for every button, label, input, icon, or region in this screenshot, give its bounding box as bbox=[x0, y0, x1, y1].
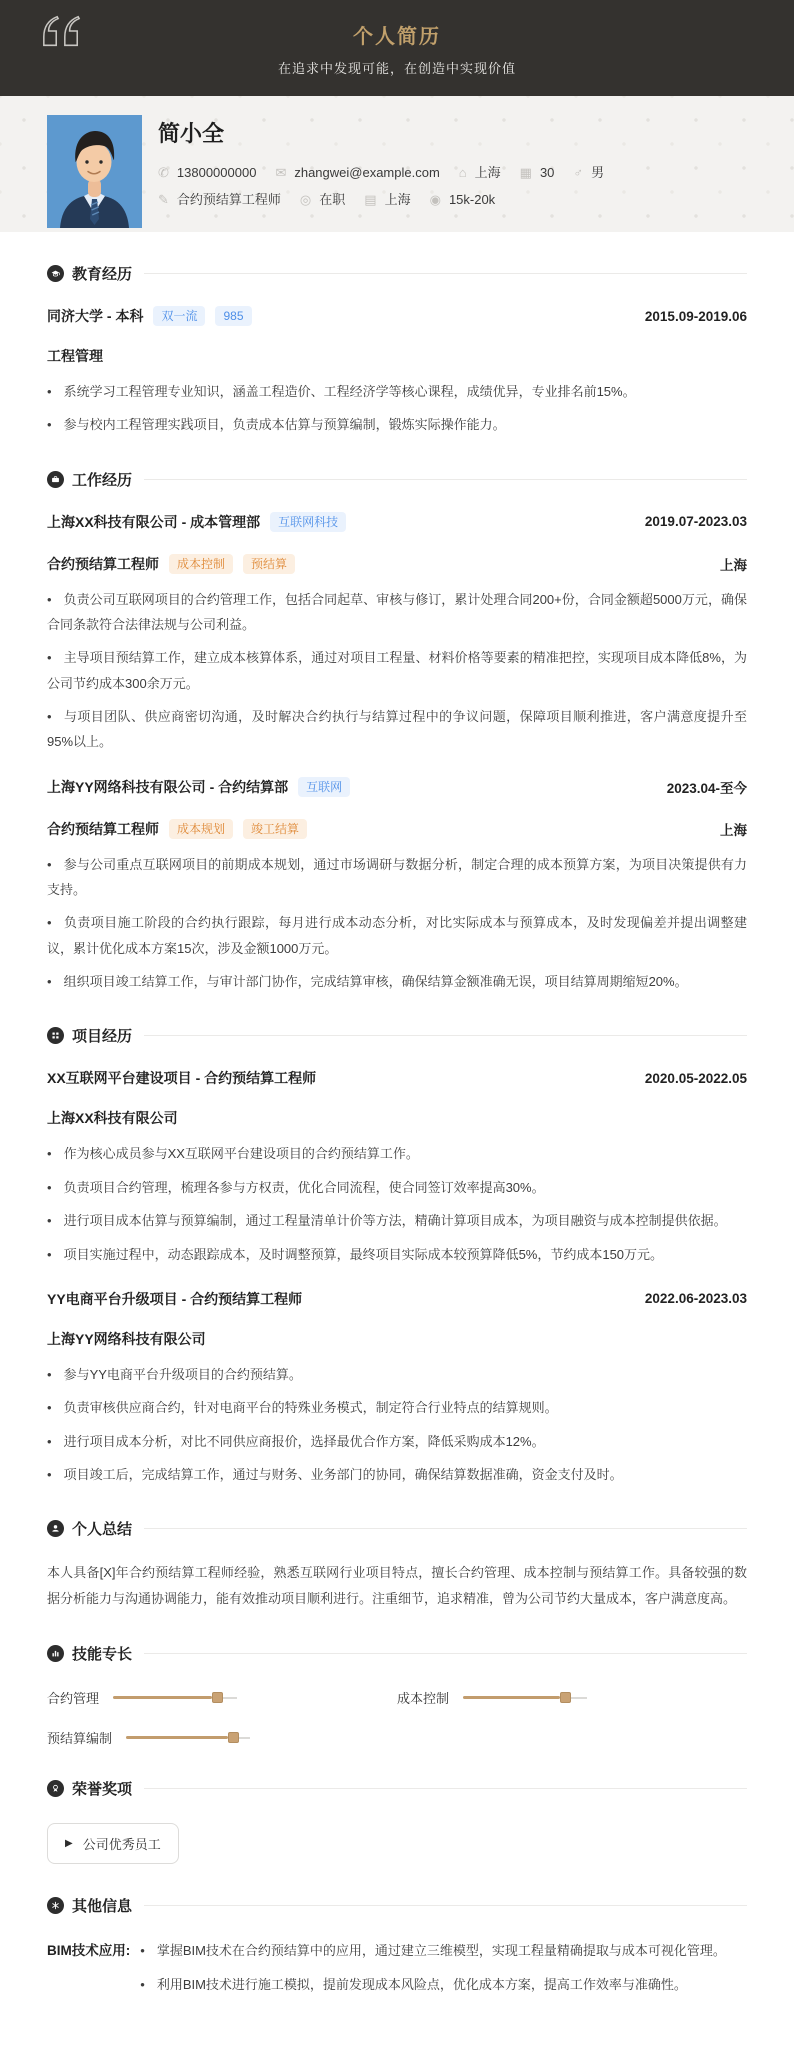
section-title-projects: 项目经历 bbox=[72, 1025, 132, 1046]
major-name: 工程管理 bbox=[47, 346, 747, 366]
project-entry: XX互联网平台建设项目 - 合约预结算工程师 2020.05-2022.05 上… bbox=[47, 1068, 747, 1266]
project-date: 2020.05-2022.05 bbox=[645, 1071, 747, 1086]
skill-item: 预结算编制 bbox=[47, 1728, 397, 1747]
page-title: 个人简历 bbox=[353, 20, 441, 49]
project-bullet: 负责审核供应商合约，针对电商平台的特殊业务模式，制定符合行业特点的结算规则。 bbox=[47, 1395, 747, 1420]
gender-icon: ♂ bbox=[573, 163, 583, 183]
work-bullet: 主导项目预结算工作，建立成本核算体系，通过对项目工程量、材料价格等要素的精准把控… bbox=[47, 645, 747, 696]
section-projects: 项目经历 XX互联网平台建设项目 - 合约预结算工程师 2020.05-2022… bbox=[47, 1025, 747, 1487]
profile-section: 简小全 ✆ 13800000000 ✉ zhangwei@example.com… bbox=[0, 96, 794, 232]
contact-position: ✎ 合约预结算工程师 bbox=[158, 190, 281, 210]
education-bullet: 参与校内工程管理实践项目，负责成本估算与预算编制，锻炼实际操作能力。 bbox=[47, 412, 747, 437]
work-date: 2019.07-2023.03 bbox=[645, 514, 747, 529]
slider-handle[interactable] bbox=[228, 1732, 239, 1743]
salary-icon: ◉ bbox=[430, 190, 441, 210]
project-company: 上海YY网络科技有限公司 bbox=[47, 1329, 747, 1349]
honor-label: 公司优秀员工 bbox=[83, 1834, 161, 1853]
project-bullet: 进行项目成本估算与预算编制，通过工程量清单计价等方法，精确计算项目成本，为项目融… bbox=[47, 1208, 747, 1233]
section-summary: 个人总结 本人具备[X]年合约预结算工程师经验，熟悉互联网行业项目特点，擅长合约… bbox=[47, 1518, 747, 1612]
slider-rail bbox=[223, 1697, 237, 1699]
section-divider bbox=[144, 1528, 747, 1529]
contact-email: ✉ zhangwei@example.com bbox=[275, 163, 439, 183]
section-divider bbox=[144, 1905, 747, 1906]
role-title: 合约预结算工程师 bbox=[47, 554, 159, 574]
project-bullet: 项目实施过程中，动态跟踪成本，及时调整预算，最终项目实际成本较预算降低5%，节约… bbox=[47, 1242, 747, 1267]
contact-home: ⌂ 上海 bbox=[459, 163, 501, 183]
industry-tag: 互联网 bbox=[298, 777, 350, 797]
skill-tag: 竣工结算 bbox=[243, 819, 307, 839]
project-bullet: 负责项目合约管理，梳理各参与方权责，优化合同流程，使合同签订效率提高30%。 bbox=[47, 1175, 747, 1200]
expand-arrow-icon: ▶ bbox=[65, 1838, 73, 1849]
briefcase-icon bbox=[47, 471, 64, 488]
other-info-label: BIM技术应用: bbox=[47, 1938, 130, 1964]
person-icon bbox=[47, 1520, 64, 1537]
work-date: 2023.04-至今 bbox=[667, 777, 747, 797]
other-bullet: 掌握BIM技术在合约预结算中的应用，通过建立三维模型，实现工程量精确提取与成本可… bbox=[140, 1938, 747, 1963]
work-bullet: 组织项目竣工结算工作，与审计部门协作，完成结算审核，确保结算金额准确无误，项目结… bbox=[47, 969, 747, 994]
work-bullet: 负责项目施工阶段的合约执行跟踪，每月进行成本动态分析，对比实际成本与预算成本，及… bbox=[47, 910, 747, 961]
phone-icon: ✆ bbox=[158, 163, 169, 183]
building-icon: ▤ bbox=[364, 190, 376, 210]
quote-icon bbox=[40, 13, 82, 54]
section-title-honors: 荣誉奖项 bbox=[72, 1778, 132, 1799]
school-name: 同济大学 - 本科 bbox=[47, 306, 143, 326]
skill-slider[interactable] bbox=[126, 1732, 250, 1743]
skill-label: 预结算编制 bbox=[47, 1728, 112, 1747]
page-subtitle: 在追求中发现可能，在创造中实现价值 bbox=[278, 58, 516, 77]
slider-rail bbox=[571, 1697, 587, 1699]
work-entry: 上海XX科技有限公司 - 成本管理部 互联网科技 2019.07-2023.03… bbox=[47, 512, 747, 755]
project-bullet: 进行项目成本分析，对比不同供应商报价，选择最优合作方案，降低采购成本12%。 bbox=[47, 1429, 747, 1454]
work-location: 上海 bbox=[720, 554, 747, 574]
slider-fill bbox=[113, 1696, 212, 1699]
section-divider bbox=[144, 1788, 747, 1789]
slider-fill bbox=[126, 1736, 228, 1739]
honor-item-toggle[interactable]: ▶ 公司优秀员工 bbox=[47, 1823, 179, 1864]
contact-row-1: ✆ 13800000000 ✉ zhangwei@example.com ⌂ 上… bbox=[158, 163, 623, 183]
skill-label: 成本控制 bbox=[397, 1688, 449, 1707]
section-title-skills: 技能专长 bbox=[72, 1643, 132, 1664]
work-bullet: 与项目团队、供应商密切沟通，及时解决合约执行与结算过程中的争议问题，保障项目顺利… bbox=[47, 704, 747, 755]
section-divider bbox=[144, 1653, 747, 1654]
skill-tag: 成本控制 bbox=[169, 554, 233, 574]
project-name: YY电商平台升级项目 - 合约预结算工程师 bbox=[47, 1289, 302, 1309]
skill-item: 合约管理 bbox=[47, 1688, 397, 1707]
grid-icon bbox=[47, 1027, 64, 1044]
project-bullet: 作为核心成员参与XX互联网平台建设项目的合约预结算工作。 bbox=[47, 1141, 747, 1166]
candidate-name: 简小全 bbox=[158, 117, 623, 148]
section-title-other: 其他信息 bbox=[72, 1895, 132, 1916]
skill-item: 成本控制 bbox=[397, 1688, 747, 1707]
avatar bbox=[47, 115, 142, 228]
slider-fill bbox=[463, 1696, 560, 1699]
education-date: 2015.09-2019.06 bbox=[645, 309, 747, 324]
status-icon: ◎ bbox=[300, 190, 311, 210]
education-icon bbox=[47, 265, 64, 282]
contact-status: ◎ 在职 bbox=[300, 190, 345, 210]
bar-chart-icon bbox=[47, 1645, 64, 1662]
slider-rail bbox=[239, 1737, 250, 1739]
contact-salary: ◉ 15k-20k bbox=[430, 190, 496, 210]
section-work: 工作经历 上海XX科技有限公司 - 成本管理部 互联网科技 2019.07-20… bbox=[47, 469, 747, 995]
section-divider bbox=[144, 479, 747, 480]
work-location: 上海 bbox=[720, 819, 747, 839]
skill-label: 合约管理 bbox=[47, 1688, 99, 1707]
summary-text: 本人具备[X]年合约预结算工程师经验，熟悉互联网行业项目特点，擅长合约管理、成本… bbox=[47, 1560, 747, 1612]
industry-tag: 互联网科技 bbox=[270, 512, 346, 532]
slider-handle[interactable] bbox=[560, 1692, 571, 1703]
education-bullet: 系统学习工程管理专业知识，涵盖工程造价、工程经济学等核心课程，成绩优异，专业排名… bbox=[47, 379, 747, 404]
project-bullet: 参与YY电商平台升级项目的合约预结算。 bbox=[47, 1362, 747, 1387]
age-icon: ▦ bbox=[520, 163, 532, 183]
school-tag: 双一流 bbox=[153, 306, 205, 326]
section-title-work: 工作经历 bbox=[72, 469, 132, 490]
medal-icon bbox=[47, 1780, 64, 1797]
contact-gender: ♂ 男 bbox=[573, 163, 604, 183]
work-bullet: 参与公司重点互联网项目的前期成本规划，通过市场调研与数据分析，制定合理的成本预算… bbox=[47, 852, 747, 903]
project-entry: YY电商平台升级项目 - 合约预结算工程师 2022.06-2023.03 上海… bbox=[47, 1289, 747, 1487]
role-title: 合约预结算工程师 bbox=[47, 819, 159, 839]
skill-tag: 成本规划 bbox=[169, 819, 233, 839]
project-company: 上海XX科技有限公司 bbox=[47, 1108, 747, 1128]
section-skills: 技能专长 合约管理 成本控制 预结算编制 bbox=[47, 1643, 747, 1747]
contact-age: ▦ 30 bbox=[520, 163, 555, 183]
project-date: 2022.06-2023.03 bbox=[645, 1291, 747, 1306]
section-honors: 荣誉奖项 ▶ 公司优秀员工 bbox=[47, 1778, 747, 1864]
contact-phone: ✆ 13800000000 bbox=[158, 163, 256, 183]
section-education: 教育经历 同济大学 - 本科 双一流 985 2015.09-2019.06 工… bbox=[47, 263, 747, 438]
resume-header: 个人简历 在追求中发现可能，在创造中实现价值 bbox=[0, 0, 794, 96]
company-name: 上海XX科技有限公司 - 成本管理部 bbox=[47, 512, 260, 532]
section-divider bbox=[144, 1035, 747, 1036]
section-title-education: 教育经历 bbox=[72, 263, 132, 284]
work-bullet: 负责公司互联网项目的合约管理工作，包括合同起草、审核与修订，累计处理合同200+… bbox=[47, 587, 747, 638]
contact-row-2: ✎ 合约预结算工程师 ◎ 在职 ▤ 上海 ◉ 15k-20k bbox=[158, 190, 623, 210]
position-icon: ✎ bbox=[158, 190, 169, 210]
section-title-summary: 个人总结 bbox=[72, 1518, 132, 1539]
other-bullet: 利用BIM技术进行施工模拟，提前发现成本风险点，优化成本方案，提高工作效率与准确… bbox=[140, 1972, 747, 1997]
company-name: 上海YY网络科技有限公司 - 合约结算部 bbox=[47, 777, 288, 797]
school-tag: 985 bbox=[215, 306, 251, 326]
home-icon: ⌂ bbox=[459, 163, 467, 183]
skill-slider[interactable] bbox=[463, 1692, 587, 1703]
skill-slider[interactable] bbox=[113, 1692, 237, 1703]
section-other: 其他信息 BIM技术应用: 掌握BIM技术在合约预结算中的应用，通过建立三维模型… bbox=[47, 1895, 747, 2005]
work-entry: 上海YY网络科技有限公司 - 合约结算部 互联网 2023.04-至今 合约预结… bbox=[47, 777, 747, 995]
section-divider bbox=[144, 273, 747, 274]
slider-handle[interactable] bbox=[212, 1692, 223, 1703]
project-name: XX互联网平台建设项目 - 合约预结算工程师 bbox=[47, 1068, 316, 1088]
project-bullet: 项目竣工后，完成结算工作，通过与财务、业务部门的协同，确保结算数据准确，资金支付… bbox=[47, 1462, 747, 1487]
skill-tag: 预结算 bbox=[243, 554, 295, 574]
star-icon bbox=[47, 1897, 64, 1914]
contact-city: ▤ 上海 bbox=[364, 190, 410, 210]
email-icon: ✉ bbox=[275, 163, 286, 183]
